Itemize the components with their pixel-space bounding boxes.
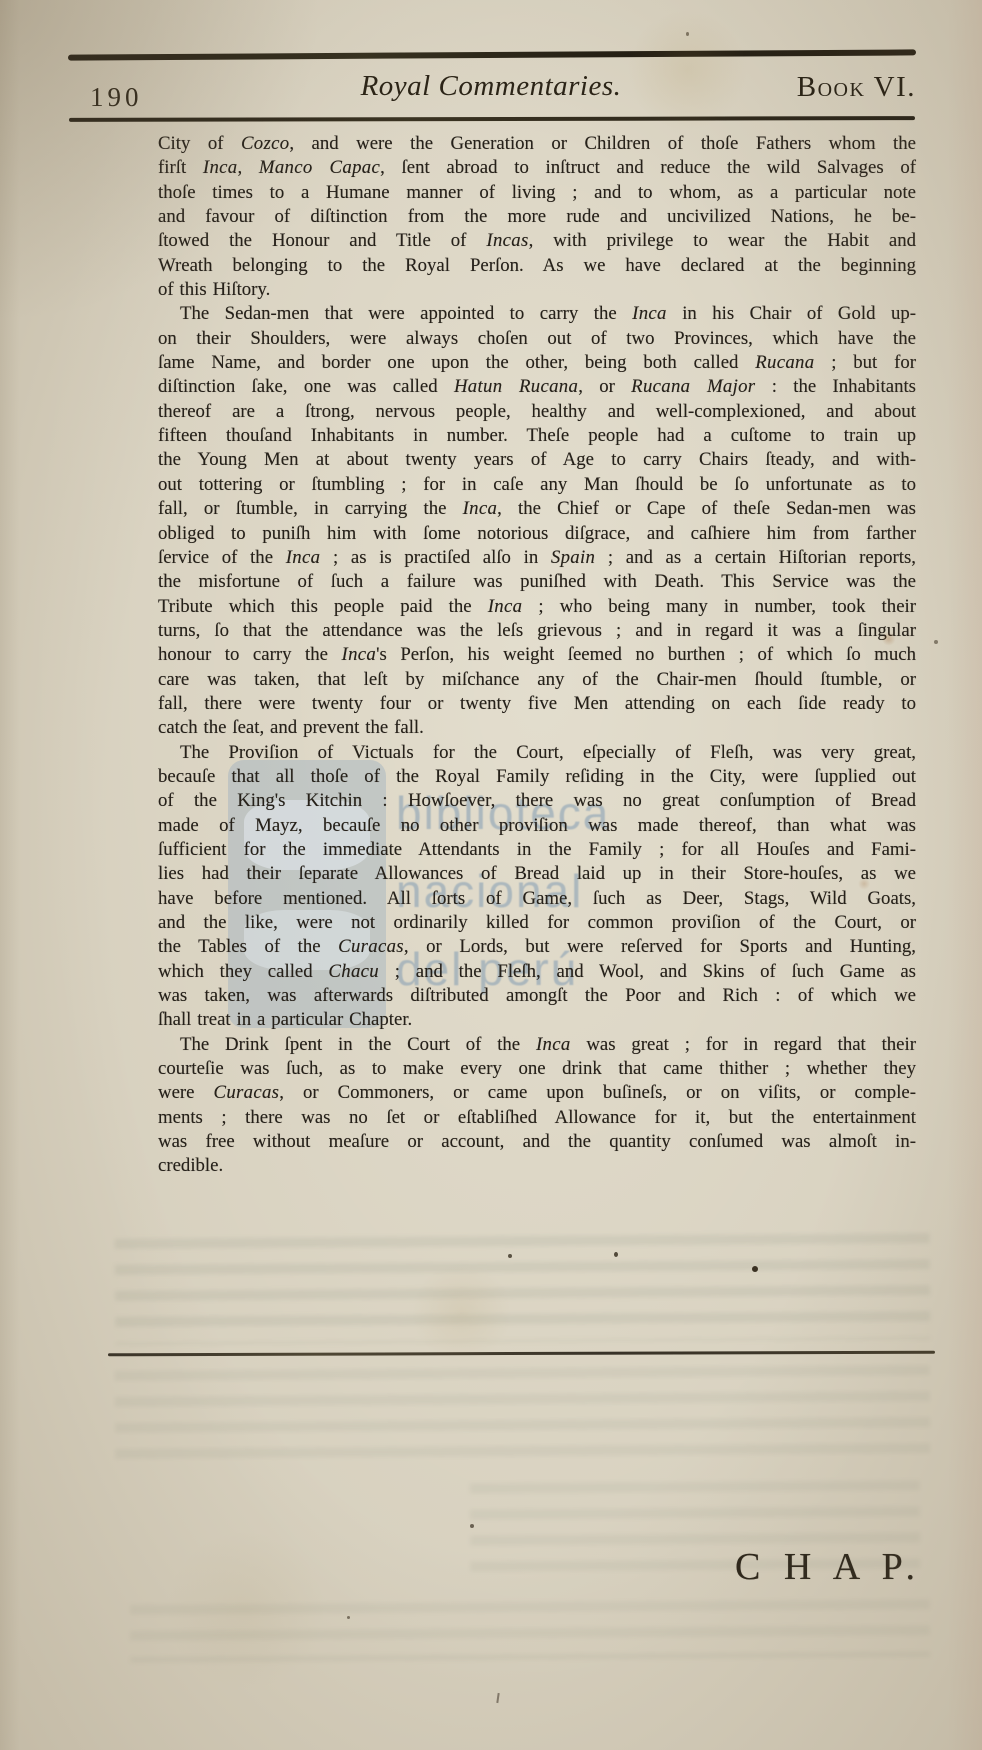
text-line: which they called Chacu ; and the Fleſh,… — [158, 960, 916, 984]
text-line: fall, there were twenty four or twenty f… — [158, 692, 916, 716]
ink-speck — [686, 32, 689, 36]
text-line: was taken, was afterwards diſtributed am… — [158, 984, 916, 1008]
text-line: City of Cozco, and were the Generation o… — [158, 132, 916, 156]
section-divider-rule — [108, 1351, 935, 1357]
text-line: on their Shoulders, were always choſen o… — [158, 327, 916, 351]
text-line: fifteen thouſand Inhabitants in number. … — [158, 424, 916, 448]
text-line: and the like, were not ordinarily killed… — [158, 911, 916, 935]
text-line: honour to carry the Inca's Perſon, his w… — [158, 643, 916, 667]
text-line: The Drink ſpent in the Court of the Inca… — [158, 1033, 916, 1057]
bleedthrough-smudge — [115, 1365, 931, 1475]
text-line: and favour of diſtinction from the more … — [158, 205, 916, 229]
text-line: ſufficient for the immediate Attendants … — [158, 838, 916, 862]
text-line: the Young Men at about twenty years of A… — [158, 448, 916, 472]
book-page: 190 Royal Commentaries. Book VI. bibliot… — [0, 0, 982, 1750]
text-line: thoſe times to a Humane manner of living… — [158, 181, 916, 205]
ink-speck — [752, 1266, 758, 1272]
text-line: the misfortune of ſuch a failure was pun… — [158, 570, 916, 594]
ink-speck — [614, 1252, 618, 1257]
text-line: of this Hiſtory. — [158, 278, 916, 302]
text-line: ſame Name, and border one upon the other… — [158, 351, 916, 375]
text-line: The Sedan-men that were appointed to car… — [158, 302, 916, 326]
body-text: City of Cozco, and were the Generation o… — [158, 132, 916, 1179]
text-line: obliged to puniſh him with ſome notoriou… — [158, 522, 916, 546]
text-line: Tribute which this people paid the Inca … — [158, 595, 916, 619]
text-line: ments ; there was no ſet or eſtabliſhed … — [158, 1106, 916, 1130]
header-rule — [69, 116, 915, 121]
text-line: becauſe that all thoſe of the Royal Fami… — [158, 765, 916, 789]
text-line: was free without meaſure or account, and… — [158, 1130, 916, 1154]
text-line: care was taken, that leſt by miſchance a… — [158, 668, 916, 692]
text-line: turns, ſo that the attendance was the le… — [158, 619, 916, 643]
top-rule — [68, 49, 916, 60]
paragraph: The Sedan-men that were appointed to car… — [158, 302, 916, 740]
text-line: The Proviſion of Victuals for the Court,… — [158, 741, 916, 765]
paragraph: The Proviſion of Victuals for the Court,… — [158, 741, 916, 1033]
text-line: ſhall treat in a particular Chapter. — [158, 1008, 916, 1032]
bleedthrough-smudge — [130, 1599, 930, 1663]
paragraph: The Drink ſpent in the Court of the Inca… — [158, 1033, 916, 1179]
text-line: of the King's Kitchin : Howſoever, there… — [158, 789, 916, 813]
text-line: were Curacas, or Commoners, or came upon… — [158, 1081, 916, 1105]
book-label: Book VI. — [797, 71, 916, 104]
ink-speck — [508, 1254, 512, 1258]
ink-mark — [496, 1693, 499, 1703]
text-line: lies had their ſeparate Allowances of Br… — [158, 862, 916, 886]
bleedthrough-smudge — [115, 1233, 931, 1345]
ink-speck — [347, 1616, 350, 1619]
text-line: have before mentioned. All ſorts of Game… — [158, 887, 916, 911]
page-header: 190 Royal Commentaries. Book VI. — [0, 70, 982, 116]
text-line: thereof are a ſtrong, nervous people, he… — [158, 400, 916, 424]
text-line: credible. — [158, 1154, 916, 1178]
text-line: courteſie was ſuch, as to make every one… — [158, 1057, 916, 1081]
text-line: the Tables of the Curacas, or Lords, but… — [158, 935, 916, 959]
catchword: C H A P. — [735, 1545, 922, 1589]
ink-speck — [470, 1524, 474, 1528]
text-line: Wreath belonging to the Royal Perſon. As… — [158, 254, 916, 278]
text-line: diſtinction ſake, one was called Hatun R… — [158, 375, 916, 399]
text-line: made of Mayz, becauſe no other proviſion… — [158, 814, 916, 838]
paragraph: City of Cozco, and were the Generation o… — [158, 132, 916, 302]
text-line: catch the ſeat, and prevent the fall. — [158, 716, 916, 740]
text-line: fall, or ſtumble, in carrying the Inca, … — [158, 497, 916, 521]
text-line: firſt Inca, Manco Capac, ſent abroad to … — [158, 156, 916, 180]
ink-speck — [934, 640, 938, 644]
text-line: out tottering or ſtumbling ; for in caſe… — [158, 473, 916, 497]
text-line: ſtowed the Honour and Title of Incas, wi… — [158, 229, 916, 253]
text-line: ſervice of the Inca ; as is practiſed al… — [158, 546, 916, 570]
